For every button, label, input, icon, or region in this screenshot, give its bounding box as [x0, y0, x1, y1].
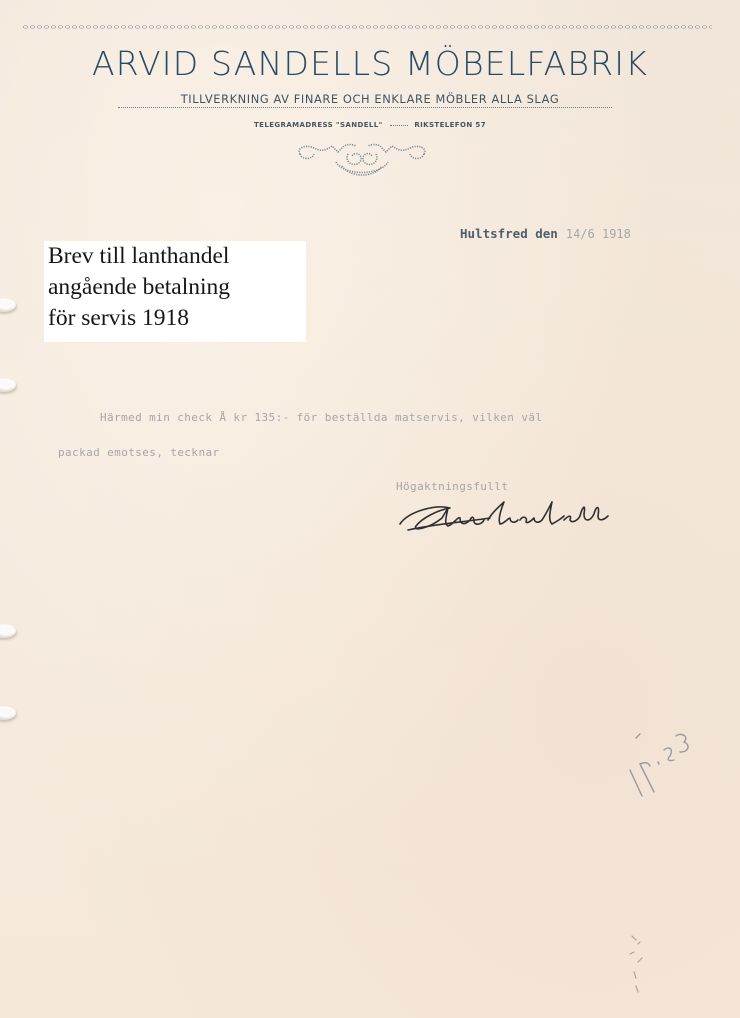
body-line-2: packad emotses, tecknar — [58, 446, 220, 459]
tagline-divider — [118, 107, 612, 110]
caption-box: Brev till lanthandel angående betalning … — [44, 241, 306, 342]
firm-name: ARVID SANDELLS MÖBELFABRIK — [0, 44, 740, 83]
dateline: Hultsfred den14/6 1918 — [460, 226, 631, 241]
contact-line: TELEGRAMADRESS "SANDELL" RIKSTELEFON 57 — [0, 121, 740, 129]
pencil-marks-icon — [624, 930, 664, 1000]
dateline-place: Hultsfred den — [460, 226, 558, 241]
body-line-1: Härmed min check Å kr 135:- för beställd… — [100, 411, 542, 424]
caption-line: för servis 1918 — [48, 303, 306, 334]
pencil-annotation-icon — [610, 722, 700, 802]
caption-line: Brev till lanthandel — [48, 241, 306, 272]
caption-line: angående betalning — [48, 272, 306, 303]
closing-salutation: Högaktningsfullt — [396, 480, 508, 493]
dateline-date: 14/6 1918 — [566, 227, 631, 241]
telegram-address: TELEGRAMADRESS "SANDELL" — [254, 121, 383, 129]
dotted-separator — [390, 125, 408, 126]
handwritten-signature-icon — [394, 494, 624, 538]
firm-tagline: TILLVERKNING AV FINARE OCH ENKLARE MÖBLE… — [0, 92, 740, 106]
phone-number: RIKSTELEFON 57 — [414, 121, 486, 129]
chain-border-icon — [22, 24, 712, 30]
scroll-ornament-icon — [292, 140, 432, 182]
